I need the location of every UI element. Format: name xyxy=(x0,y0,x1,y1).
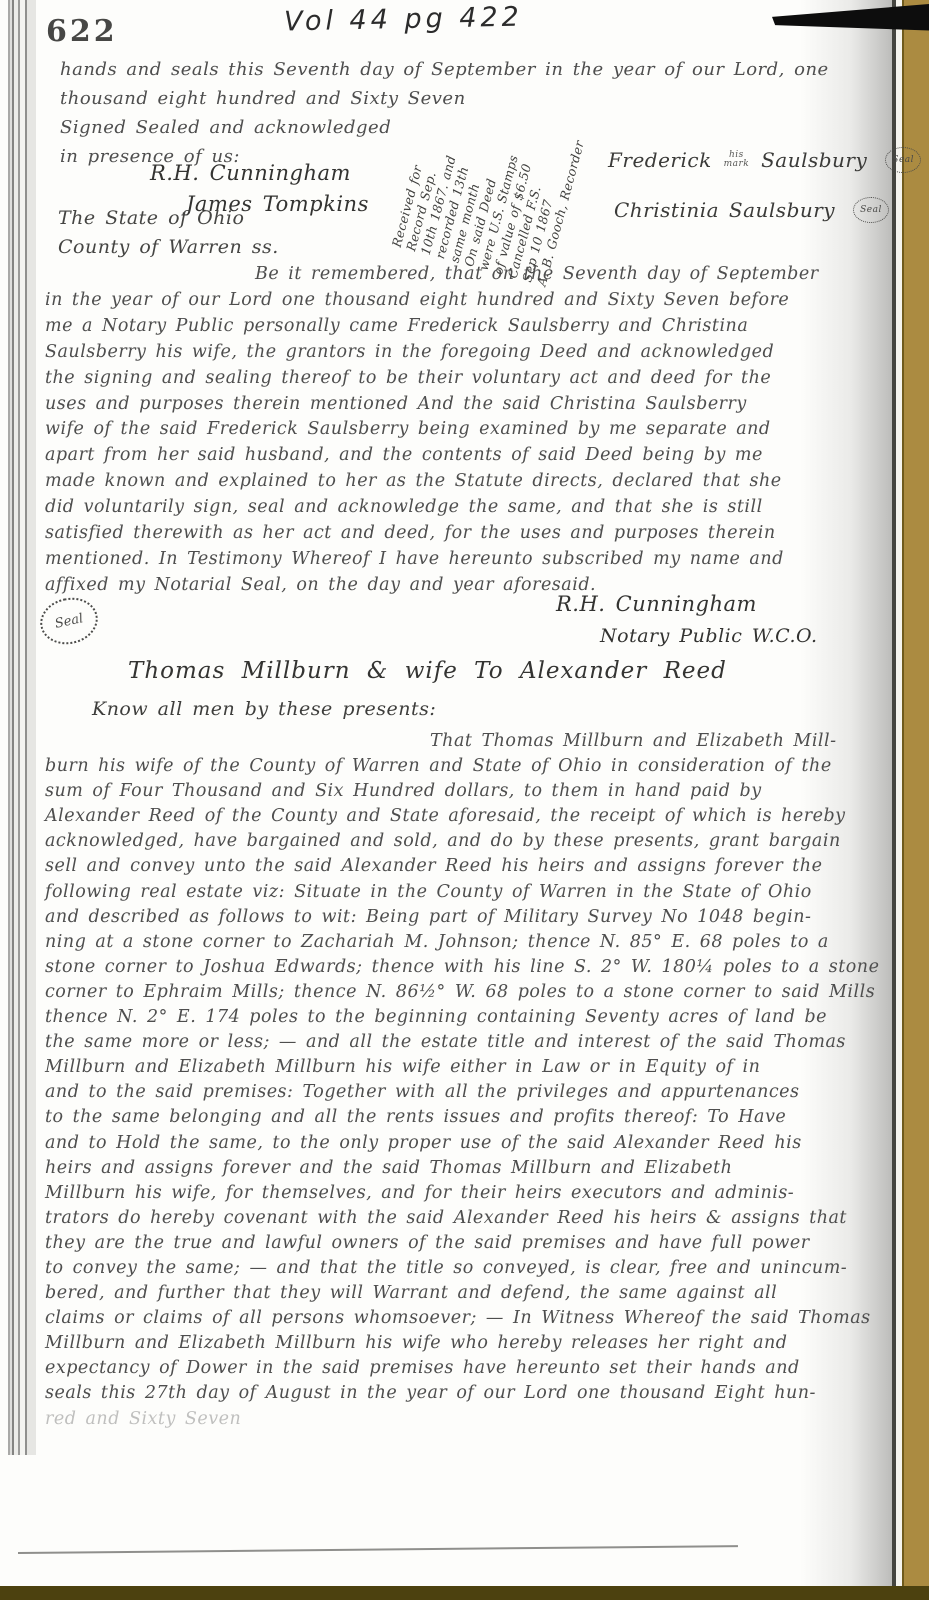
handwritten-line: in the year of our Lord one thousand eig… xyxy=(45,288,893,314)
handwritten-line: sell and convey unto the said Alexander … xyxy=(45,854,895,879)
acknowledgment-paragraph: Be it remembered, that on the Seventh da… xyxy=(45,262,893,599)
handwritten-line: the signing and sealing thereof to be th… xyxy=(45,366,893,392)
notary-seal-scribble: Seal xyxy=(36,592,102,649)
handwritten-line: red and Sixty Seven xyxy=(45,1407,895,1432)
notary-signature-block: R.H. Cunningham Notary Public W.C.O. xyxy=(556,588,818,652)
handwritten-line: Be it remembered, that on the Seventh da… xyxy=(45,262,893,288)
deed-body-paragraph: That Thomas Millburn and Elizabeth Mill-… xyxy=(45,729,895,1432)
handwritten-line: corner to Ephraim Mills; thence N. 86½° … xyxy=(45,980,895,1005)
notary-signature: R.H. Cunningham xyxy=(556,588,818,620)
page-crease-line xyxy=(18,1545,738,1554)
grantor-signature-christinia: Christinia Saulsbury Seal xyxy=(614,196,889,223)
handwritten-line: That Thomas Millburn and Elizabeth Mill- xyxy=(45,729,895,754)
handwritten-line: R.H. Cunningham xyxy=(150,158,369,189)
jurisdiction-caption: The State of Ohio County of Warren ss. xyxy=(58,204,279,262)
handwritten-line: Millburn and Elizabeth Millburn his wife… xyxy=(45,1331,895,1356)
handwritten-line: wife of the said Frederick Saulsberry be… xyxy=(45,417,893,443)
handwritten-line: seals this 27th day of August in the yea… xyxy=(45,1381,895,1406)
handwritten-line: and to the said premises: Together with … xyxy=(45,1080,895,1105)
handwritten-line: did voluntarily sign, seal and acknowled… xyxy=(45,495,893,521)
handwritten-line: made known and explained to her as the S… xyxy=(45,469,893,495)
handwritten-line: Signed Sealed and acknowledged xyxy=(60,113,391,142)
handwritten-line: Millburn and Elizabeth Millburn his wife… xyxy=(45,1055,895,1080)
handwritten-line: they are the true and lawful owners of t… xyxy=(45,1231,895,1256)
handwritten-line: thence N. 2° E. 174 poles to the beginni… xyxy=(45,1005,895,1030)
handwritten-line: Millburn his wife, for themselves, and f… xyxy=(45,1181,895,1206)
handwritten-line: to convey the same; — and that the title… xyxy=(45,1256,895,1281)
handwritten-line: uses and purposes therein mentioned And … xyxy=(45,392,893,418)
handwritten-line: satisfied therewith as her act and deed,… xyxy=(45,521,893,547)
his-mark-annotation: his mark xyxy=(724,151,750,169)
volume-page-annotation: Vol 44 pg 422 xyxy=(284,2,523,38)
handwritten-line: and to Hold the same, to the only proper… xyxy=(45,1131,895,1156)
handwritten-line: heirs and assigns forever and the said T… xyxy=(45,1156,895,1181)
handwritten-line: following real estate viz: Situate in th… xyxy=(45,880,895,905)
record-book-page: 622 Vol 44 pg 422 hands and seals this S… xyxy=(0,0,929,1600)
handwritten-line: burn his wife of the County of Warren an… xyxy=(45,754,895,779)
deed-opening-clause: Know all men by these presents: xyxy=(92,698,436,720)
jurisdiction-county: County of Warren ss. xyxy=(58,233,279,262)
handwritten-line: claims or claims of all persons whomsoev… xyxy=(45,1306,895,1331)
handwritten-line: sum of Four Thousand and Six Hundred dol… xyxy=(45,779,895,804)
handwritten-line: mentioned. In Testimony Whereof I have h… xyxy=(45,547,893,573)
notary-title: Notary Public W.C.O. xyxy=(600,620,818,652)
handwritten-line: ning at a stone corner to Zachariah M. J… xyxy=(45,930,895,955)
handwritten-line: expectancy of Dower in the said premises… xyxy=(45,1356,895,1381)
signature-name: Christinia Saulsbury xyxy=(614,198,835,222)
handwritten-line: the same more or less; — and all the est… xyxy=(45,1030,895,1055)
book-binding-edge xyxy=(8,0,36,1455)
handwritten-line: bered, and further that they will Warran… xyxy=(45,1281,895,1306)
signature-first-name: Frederick xyxy=(608,148,712,172)
jurisdiction-state: The State of Ohio xyxy=(58,204,279,233)
handwritten-line: Saulsberry his wife, the grantors in the… xyxy=(45,340,893,366)
handwritten-line: and described as follows to wit: Being p… xyxy=(45,905,895,930)
book-cover-strip xyxy=(902,0,929,1600)
handwritten-line: to the same belonging and all the rents … xyxy=(45,1105,895,1130)
page-number: 622 xyxy=(46,14,118,49)
handwritten-line: acknowledged, have bargained and sold, a… xyxy=(45,829,895,854)
handwritten-line: me a Notary Public personally came Frede… xyxy=(45,314,893,340)
handwritten-line: stone corner to Joshua Edwards; thence w… xyxy=(45,955,895,980)
handwritten-line: trators do hereby covenant with the said… xyxy=(45,1206,895,1231)
signature-last-name: Saulsbury xyxy=(761,148,867,172)
book-bottom-edge xyxy=(0,1586,929,1600)
grantor-signature-frederick: Frederick his mark Saulsbury Seal xyxy=(608,146,921,173)
seal-mark: Seal xyxy=(885,147,921,173)
handwritten-line: apart from her said husband, and the con… xyxy=(45,443,893,469)
seal-mark: Seal xyxy=(853,197,889,223)
deed-heading: Thomas Millburn & wife To Alexander Reed xyxy=(128,658,727,684)
handwritten-line: Alexander Reed of the County and State a… xyxy=(45,804,895,829)
